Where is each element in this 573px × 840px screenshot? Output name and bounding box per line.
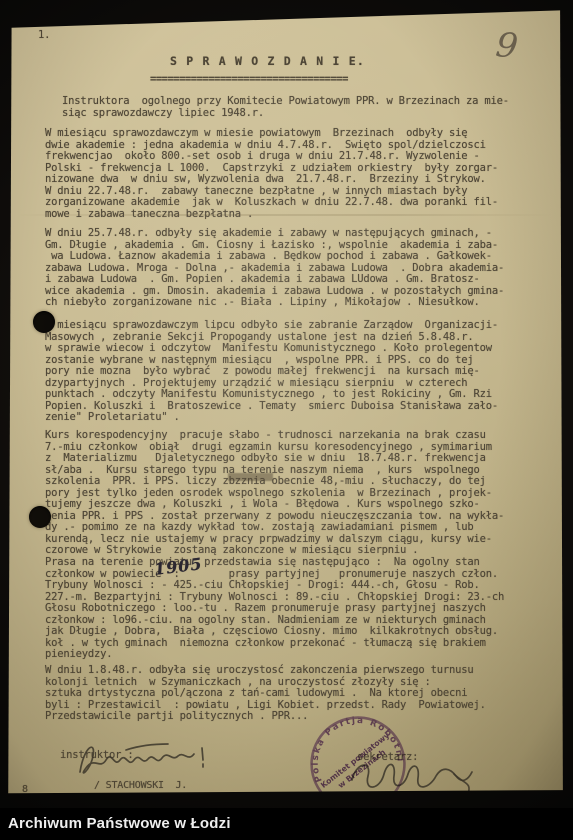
paragraph-kolonie: W dniu 1.8.48.r. odbyła się uroczystosć … — [45, 665, 486, 723]
archive-label: Archiwum Państwowe w Łodzi — [0, 808, 573, 839]
paper-sheet: 1. 9 S P R A W O Z D A N I E. ==========… — [6, 8, 564, 798]
title-underline: ================================== — [150, 74, 348, 86]
paragraph-kursy: Kurs korespodencyjny pracuje słabo - tru… — [45, 430, 504, 557]
paragraph-prasa: Prasa na terenie powiatu przedstawia się… — [45, 557, 504, 661]
punch-hole-top — [33, 311, 55, 333]
scanned-document-photo: 1. 9 S P R A W O Z D A N I E. ==========… — [0, 0, 573, 840]
paragraph-zebrania: W miesiącu sprawozdawczym lipcu odbyło s… — [45, 320, 498, 424]
svg-text:Komitet powiatowy: Komitet powiatowy — [319, 731, 391, 790]
page-number-top: 1. — [38, 30, 50, 42]
document-title: S P R A W O Z D A N I E. — [170, 56, 365, 68]
pencil-page-number: 9 — [494, 25, 520, 67]
instruktor-typed-name: / STACHOWSKI J. — [94, 780, 187, 792]
typed-strikethrough — [228, 473, 273, 481]
paragraph-gminy: W dniu 25.7.48.r. odbyły się akademie i … — [45, 228, 504, 309]
punch-hole-bottom — [29, 506, 51, 528]
intro-paragraph: Instruktora ogolnego przy Komitecie Powi… — [62, 96, 509, 119]
archive-watermark-bar: Archiwum Państwowe w Łodzi — [0, 808, 573, 840]
paragraph-academies: W miesiącu sprawozdawczym w miesie powia… — [45, 128, 498, 220]
instruktor-signature — [66, 732, 211, 784]
page-number-bottom: 8 — [22, 784, 28, 796]
